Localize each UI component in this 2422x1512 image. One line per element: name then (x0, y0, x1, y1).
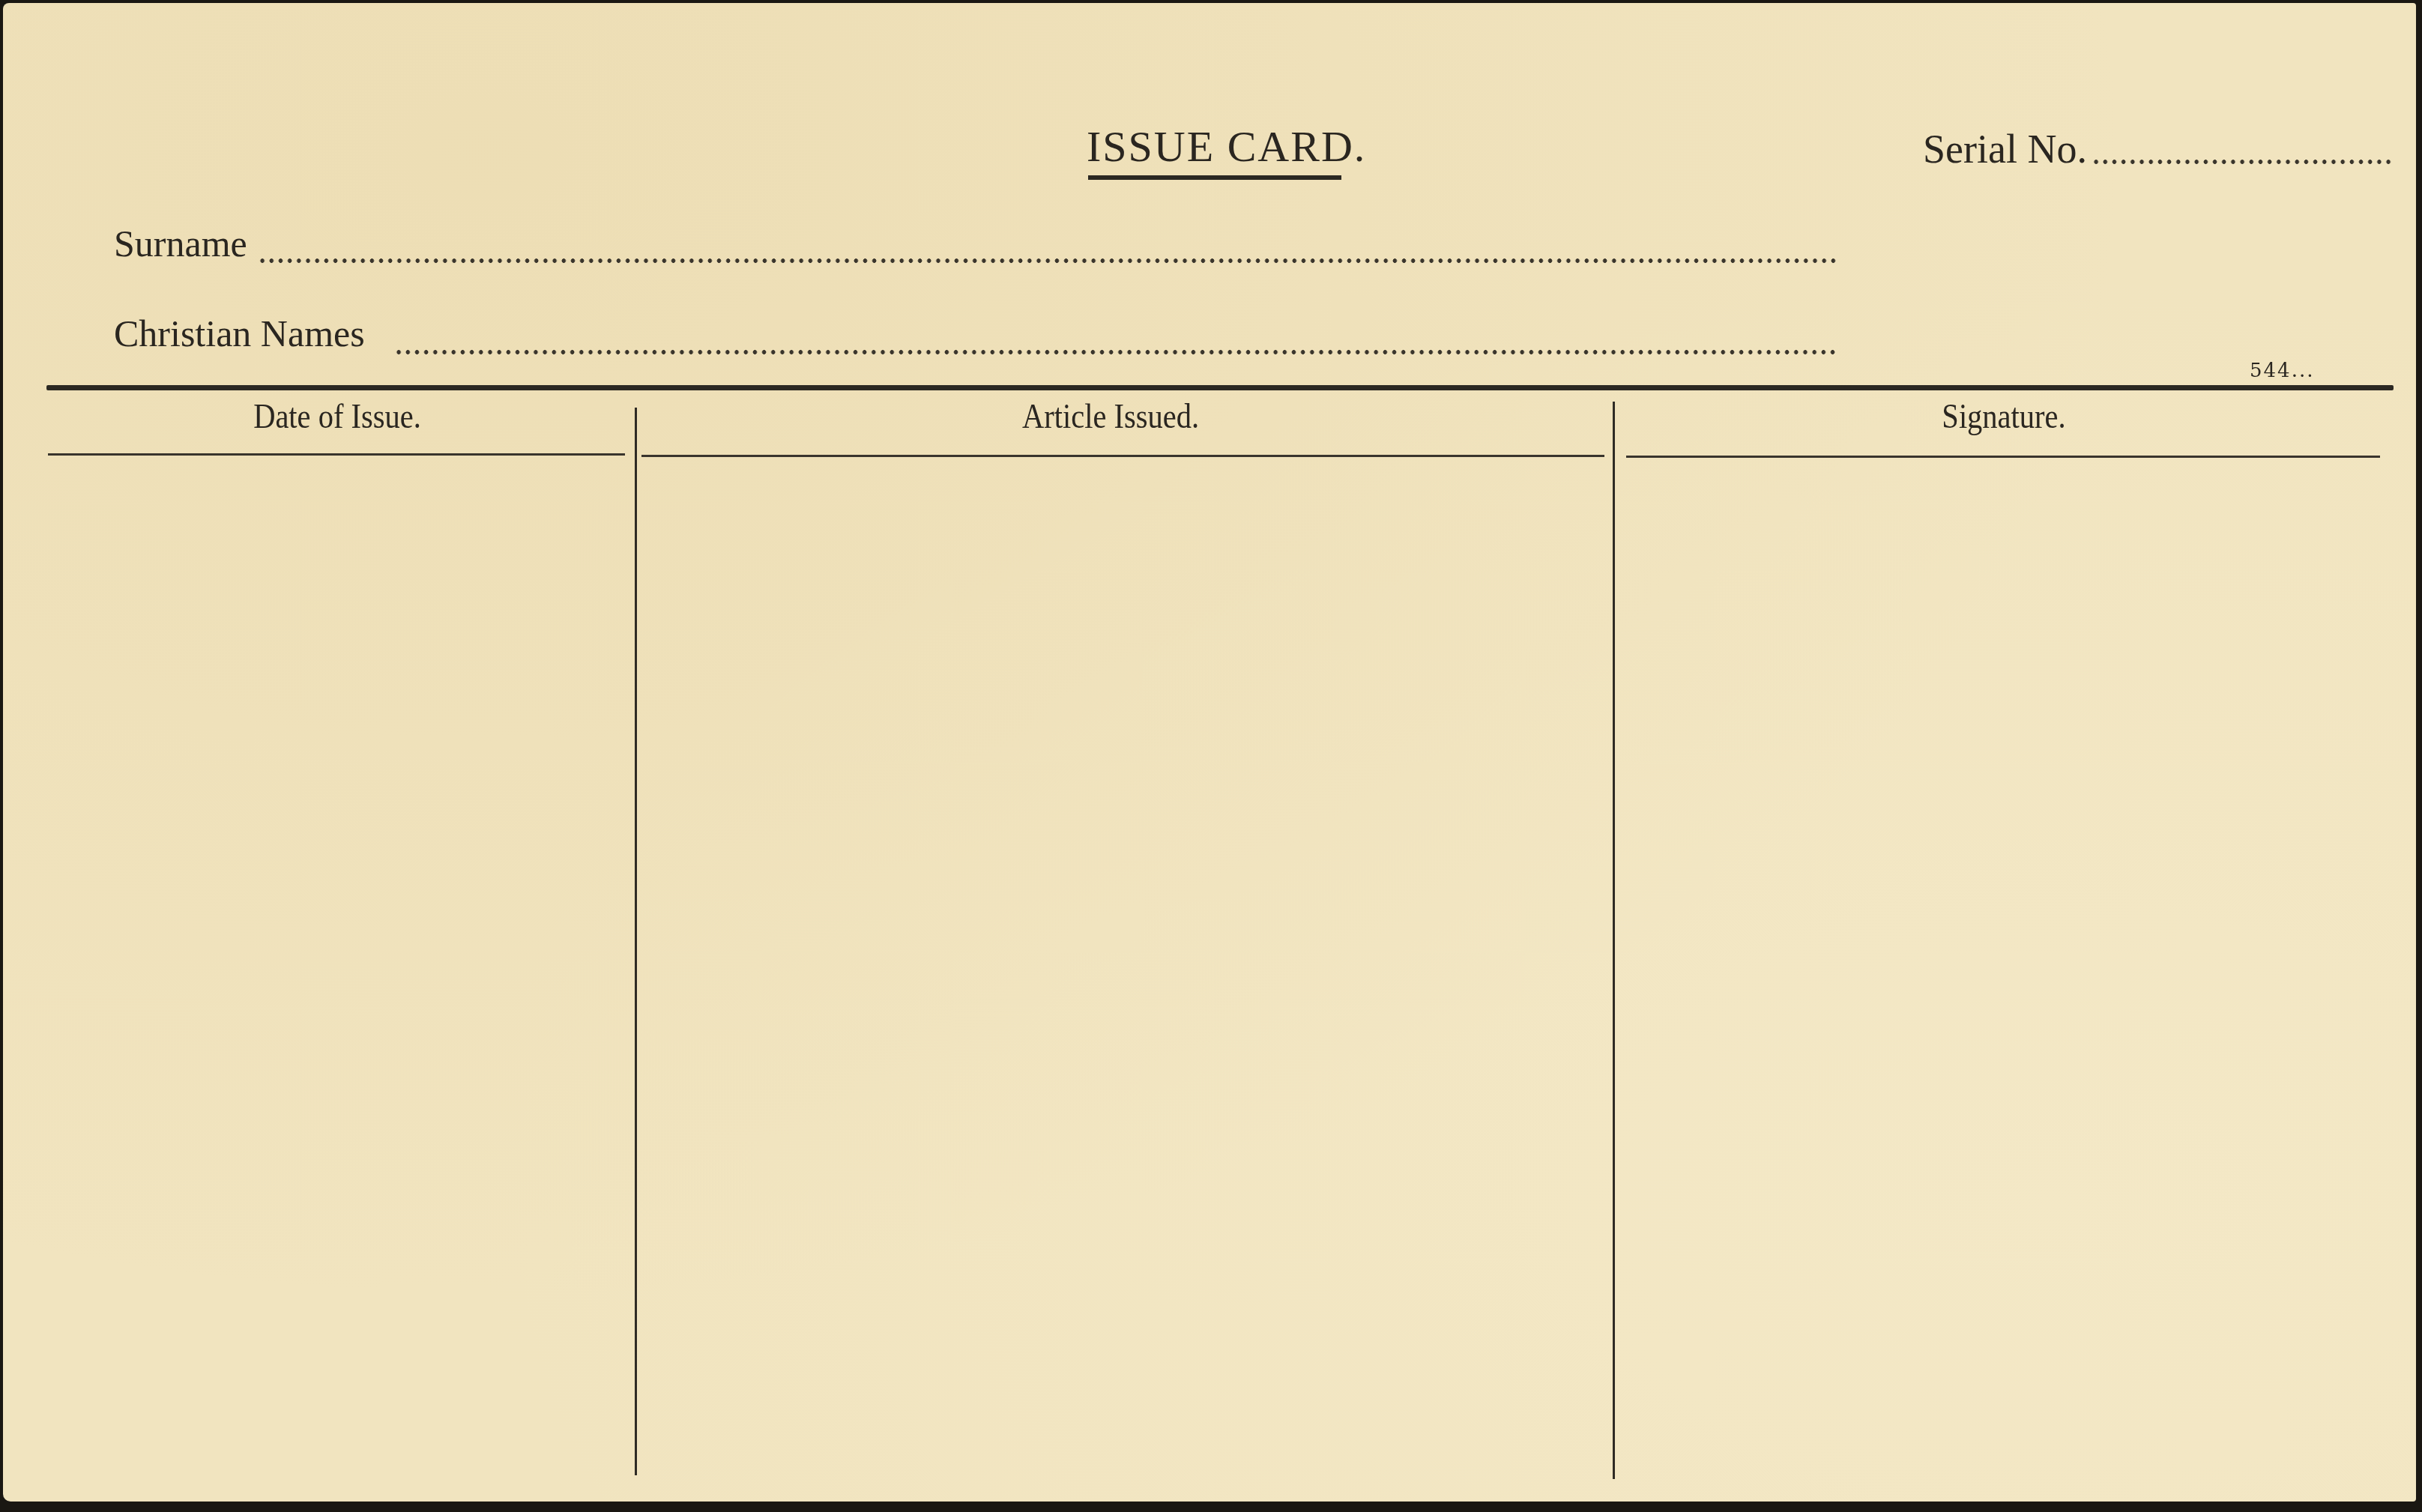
column-divider-1 (635, 408, 637, 1475)
surname-field[interactable] (258, 258, 1837, 264)
article-issued-column[interactable] (638, 460, 1610, 1479)
card-title: ISSUE CARD. (1087, 121, 1366, 172)
form-number: 544... (2250, 360, 2314, 382)
surname-label: Surname (114, 222, 247, 265)
christian-names-label: Christian Names (114, 312, 365, 355)
signature-column[interactable] (1617, 460, 2382, 1479)
column-header-article-issued: Article Issued. (926, 396, 1296, 436)
christian-names-field[interactable] (394, 349, 1837, 355)
header-divider (46, 385, 2394, 390)
date-of-issue-column[interactable] (48, 460, 632, 1479)
column-header-signature: Signature. (1858, 396, 2148, 436)
issue-card: ISSUE CARD. Serial No. Surname Christian… (3, 3, 2416, 1502)
column-header-date-of-issue: Date of Issue. (192, 396, 482, 436)
column-header-rule-article (641, 455, 1604, 457)
title-underline (1088, 175, 1341, 180)
serial-no-field[interactable] (2092, 159, 2391, 165)
serial-no-label: Serial No. (1923, 126, 2087, 172)
column-header-rule-signature (1626, 456, 2380, 458)
column-header-rule-date (48, 453, 625, 456)
column-divider-2 (1613, 402, 1615, 1479)
